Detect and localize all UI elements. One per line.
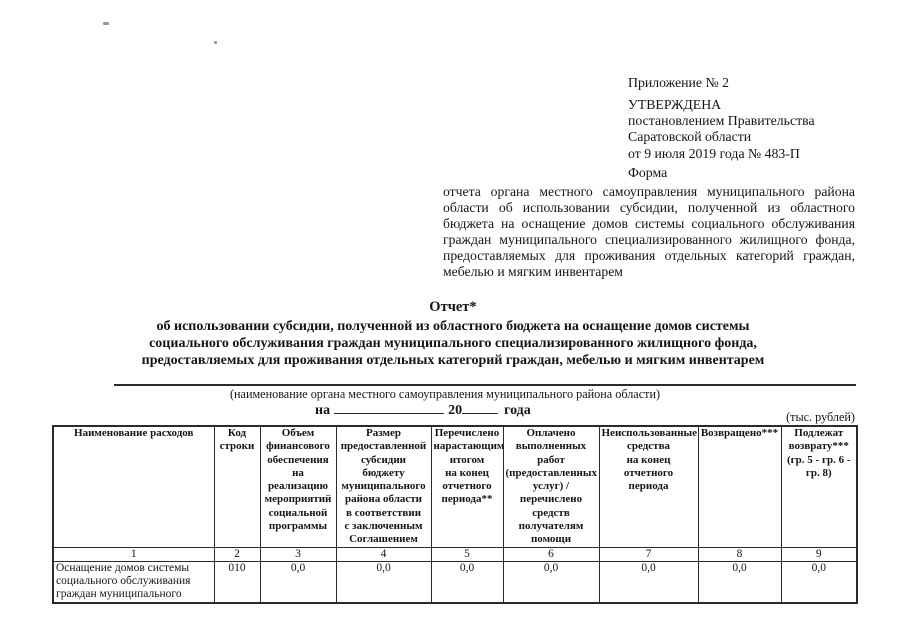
org-name-signature-line [114,384,856,386]
header-returned: Возвращено*** [698,426,781,548]
report-title-block: Отчет* об использовании субсидии, получе… [48,299,858,369]
cell-value: 0,0 [698,561,781,603]
table-row: Оснащение домов системы социального обсл… [53,561,857,603]
report-subtitle: об использовании субсидии, полученной из… [48,318,858,369]
scanned-report-page: Приложение № 2 УТВЕРЖДЕНА постановлением… [0,0,905,640]
column-number-row: 1 2 3 4 5 6 7 8 9 [53,548,857,562]
appendix-label: Приложение № 2 [628,74,729,91]
header-financing-volume: Объем финансового обеспечения на реализа… [260,426,336,548]
form-description: отчета органа местного самоуправления му… [443,184,855,280]
column-number: 8 [698,548,781,562]
cell-value: 0,0 [503,561,599,603]
column-number: 2 [214,548,260,562]
date-suffix-label: года [504,403,531,418]
form-label: Форма [628,165,667,181]
cell-value: 0,0 [336,561,431,603]
column-number: 1 [53,548,214,562]
cell-value: 0,0 [260,561,336,603]
column-number: 5 [431,548,503,562]
cell-value: 0,0 [599,561,698,603]
approved-stamp: УТВЕРЖДЕНА постановлением Правительства … [628,97,815,162]
report-title: Отчет* [48,299,858,316]
header-transferred-total: Перечислено нарастающим итогом на конец … [431,426,503,548]
cell-value: 0,0 [781,561,857,603]
header-subsidy-size: Размер предоставленной субсидии бюджету … [336,426,431,548]
column-number: 7 [599,548,698,562]
cell-value: 0,0 [431,561,503,603]
column-number: 4 [336,548,431,562]
report-table: Наименование расходов Код строки Объем ф… [52,425,858,604]
units-label: (тыс. рублей) [786,410,855,425]
report-date-line: на20года [315,400,531,419]
date-prefix-label: на [315,403,330,418]
header-line-code: Код строки [214,426,260,548]
header-to-be-returned: Подлежат возврату*** (гр. 5 - гр. 6 - гр… [781,426,857,548]
report-period-blank [334,400,444,414]
year-blank [462,400,498,414]
year-prefix-label: 20 [448,403,462,418]
scan-speck [103,22,109,25]
org-name-caption: (наименование органа местного самоуправл… [35,387,855,401]
header-expense-name: Наименование расходов [53,426,214,548]
header-paid-works: Оплачено выполненных работ (предоставлен… [503,426,599,548]
column-number: 3 [260,548,336,562]
header-unused-funds: Неиспользованные средства на конец отчет… [599,426,698,548]
column-number: 6 [503,548,599,562]
column-number: 9 [781,548,857,562]
cell-expense-name: Оснащение домов системы социального обсл… [53,561,214,603]
table-header-row: Наименование расходов Код строки Объем ф… [53,426,857,548]
cell-line-code: 010 [214,561,260,603]
scan-speck [214,41,217,44]
